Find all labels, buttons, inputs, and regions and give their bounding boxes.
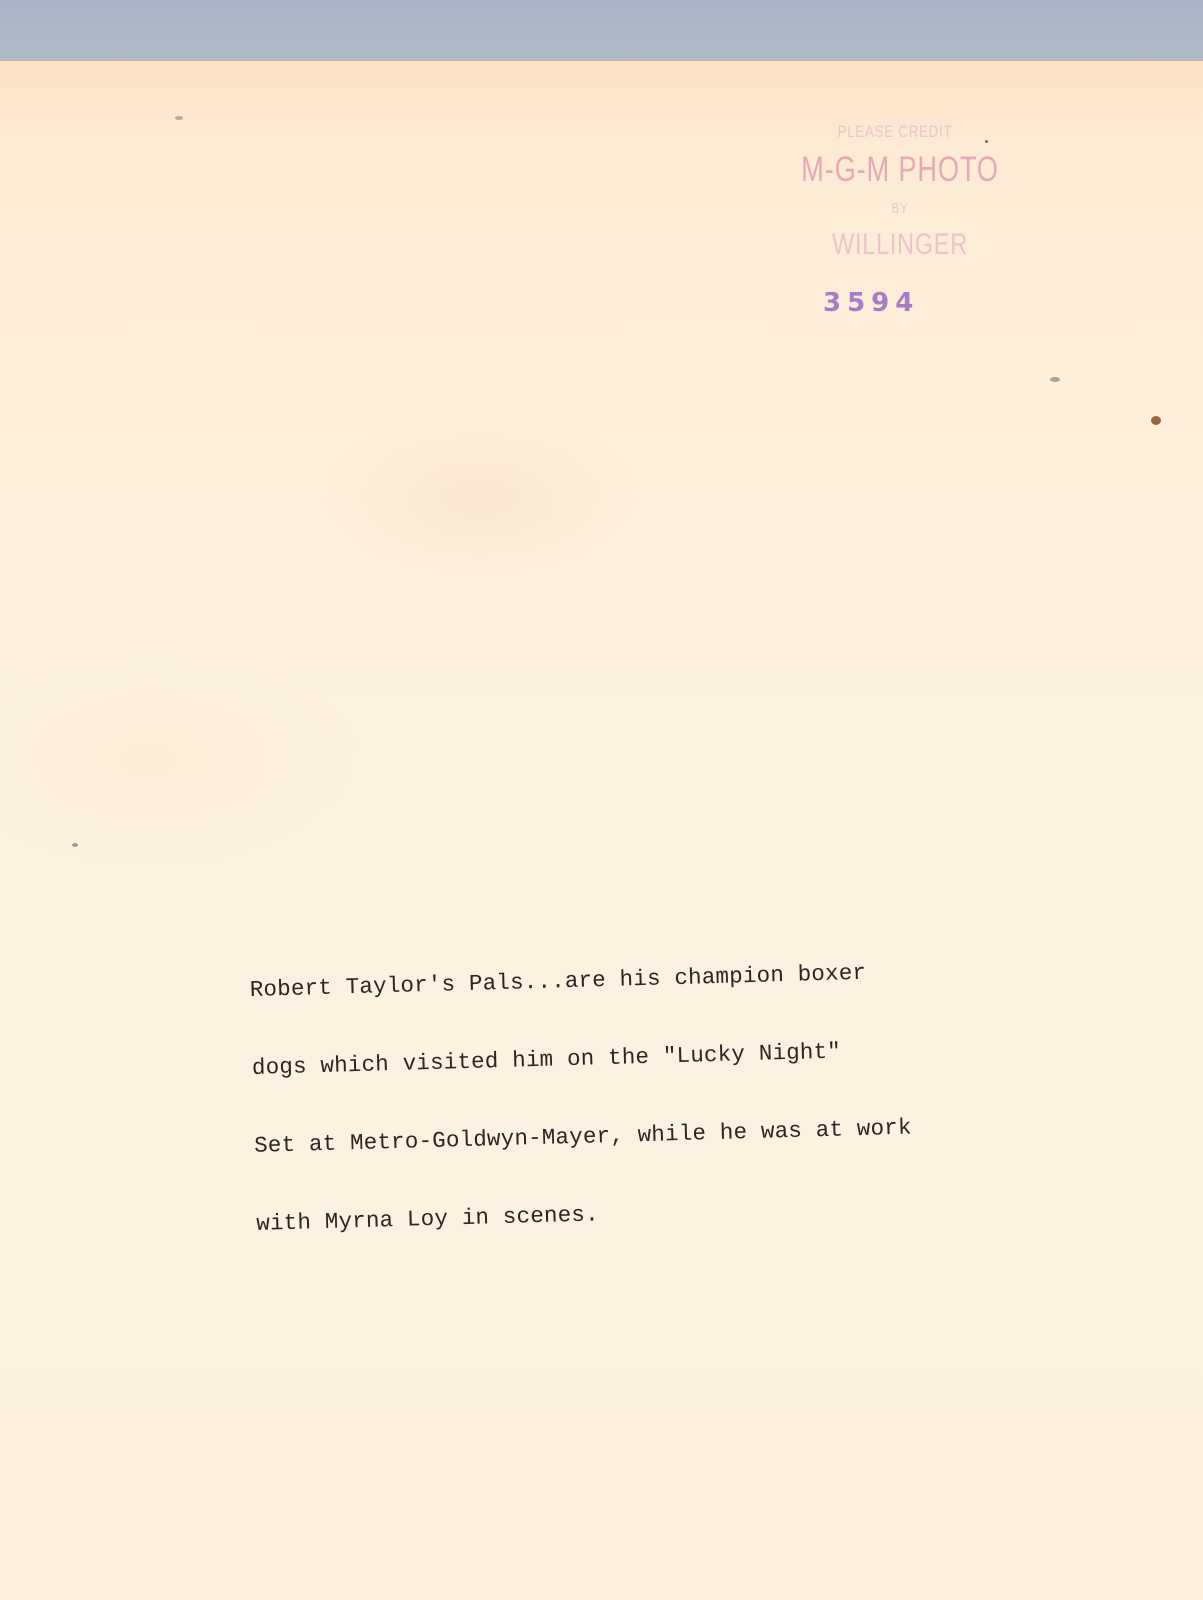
- stamp-please-credit: PLEASE CREDIT: [821, 122, 969, 142]
- background-surface: [0, 0, 1203, 60]
- stamp-by: BY: [877, 200, 924, 217]
- photo-number-stamp: 3594: [823, 288, 919, 318]
- stamp-photographer: WILLINGER: [822, 228, 978, 262]
- photo-back-paper: [0, 60, 1203, 1600]
- stain-mark: [72, 843, 78, 847]
- caption-line: dogs which visited him on the "Lucky Nig…: [252, 1037, 910, 1081]
- typed-caption: Robert Taylor's Pals...are his champion …: [248, 907, 915, 1263]
- stain-mark: [1151, 416, 1161, 425]
- caption-line: with Myrna Loy in scenes.: [256, 1193, 914, 1237]
- stain-mark: [985, 140, 988, 143]
- caption-line: Set at Metro-Goldwyn-Mayer, while he was…: [254, 1115, 912, 1159]
- stain-mark: [1050, 377, 1060, 382]
- stamp-agency: M-G-M PHOTO: [799, 150, 1002, 190]
- stain-mark: [175, 116, 183, 120]
- caption-line: Robert Taylor's Pals...are his champion …: [249, 959, 907, 1003]
